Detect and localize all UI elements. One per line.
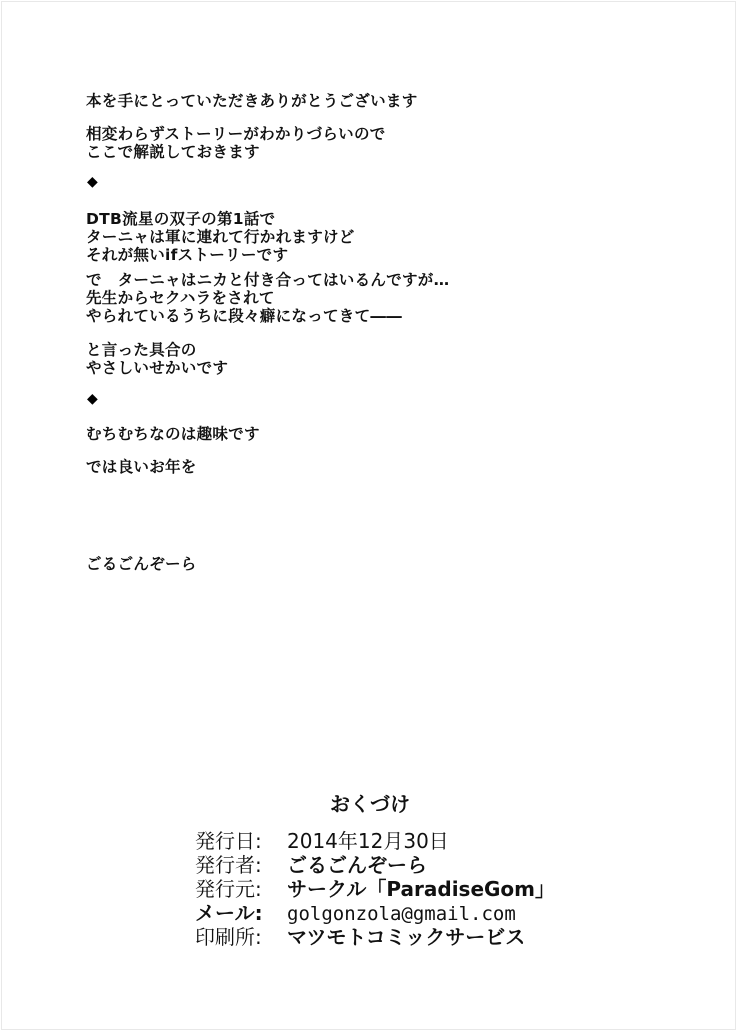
colophon-row: 発行元:サークル「ParadiseGom」 [195,877,555,901]
afterword-line: ごるごんぞーら [86,555,197,573]
colophon-value: 2014年12月30日 [287,829,449,853]
document-page: 本を手にとっていただきありがとうございます相変わらずストーリーがわかりづらいので… [1,1,736,1030]
afterword-line: 相変わらずストーリーがわかりづらいので [86,125,386,143]
colophon-label: 発行元: [195,877,287,901]
afterword-line: と言った具合の [86,341,197,359]
diamond-separator-icon: ◆ [87,391,98,407]
colophon-label: メール: [195,901,287,925]
afterword-line: やられているうちに段々癖になってきて―― [86,307,402,325]
colophon-title: おくづけ [2,788,736,817]
afterword-line: やさしいせかいです [86,359,228,377]
afterword-line: むちむちなのは趣味です [86,425,260,443]
colophon-value: golgonzola@gmail.com [287,903,516,925]
afterword-line: それが無いifストーリーです [86,246,288,264]
afterword-line: 先生からセクハラをされて [86,289,275,307]
colophon-label: 発行日: [195,829,287,853]
colophon-row: 印刷所:マツモトコミックサービス [195,925,525,949]
afterword-line: では良いお年を [86,458,197,476]
colophon-row: 発行日:2014年12月30日 [195,829,449,853]
afterword-line: ここで解説しておきます [86,143,260,161]
colophon-row: メール:golgonzola@gmail.com [195,901,516,926]
afterword-line: で ターニャはニカと付き合ってはいるんですが… [86,271,449,289]
diamond-separator-icon: ◆ [87,174,98,190]
colophon-value: マツモトコミックサービス [287,925,525,949]
colophon-label: 発行者: [195,853,287,877]
afterword-line: DTB流星の双子の第1話で [86,210,275,228]
colophon-value: ごるごんぞーら [287,853,427,877]
colophon-label: 印刷所: [195,925,287,949]
colophon-value: サークル「ParadiseGom」 [287,877,555,901]
afterword-line: 本を手にとっていただきありがとうございます [86,92,418,110]
afterword-line: ターニャは軍に連れて行かれますけど [86,228,355,246]
colophon-row: 発行者:ごるごんぞーら [195,853,427,877]
